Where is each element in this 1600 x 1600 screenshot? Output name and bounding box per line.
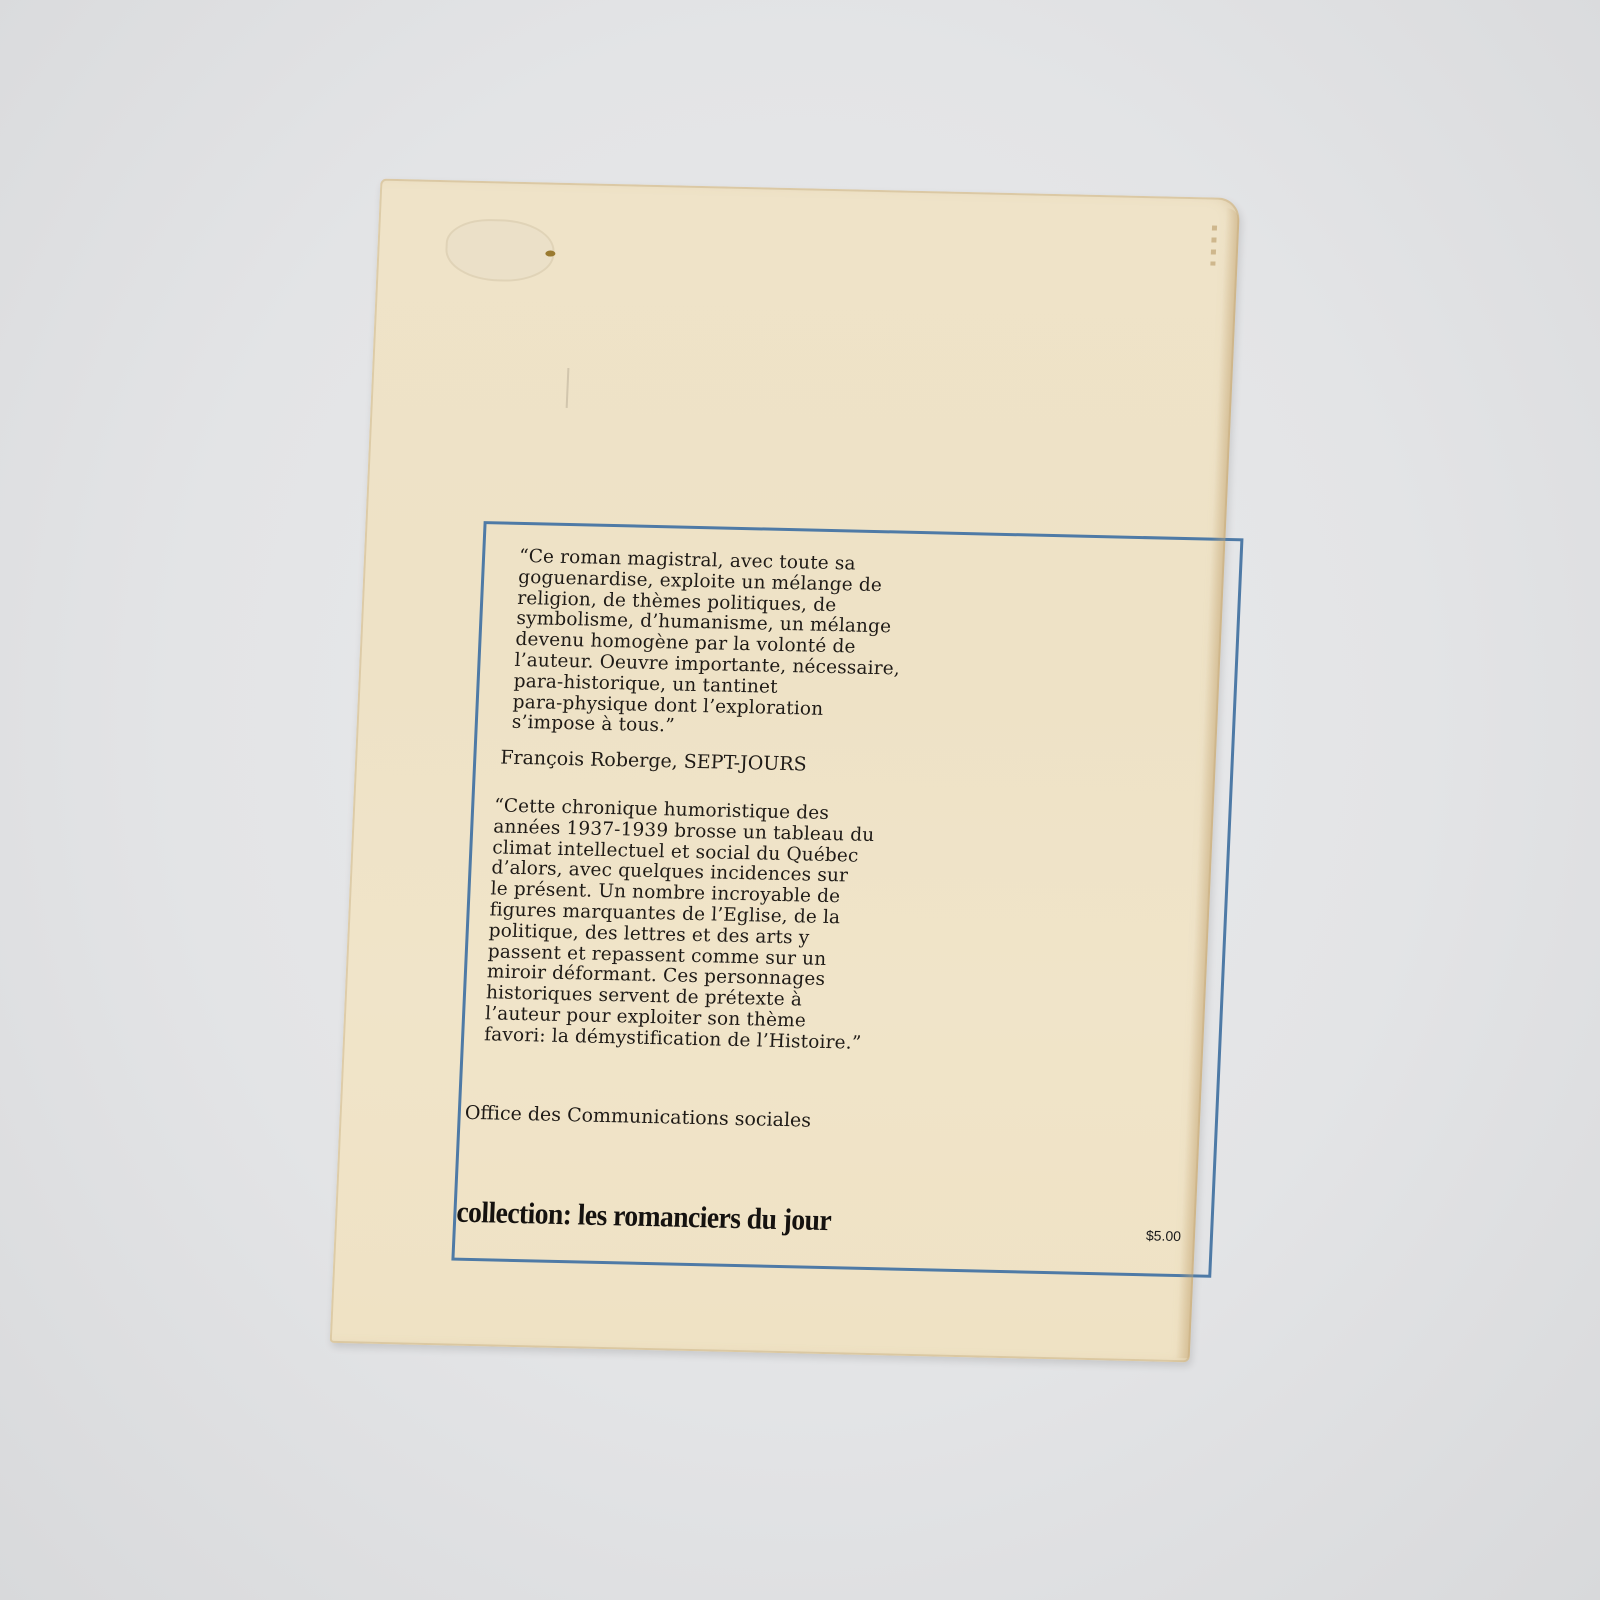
collection-title: collection: les romanciers du jour — [456, 1196, 832, 1238]
review-attribution-1: François Roberge, SEPT-JOURS — [500, 747, 807, 776]
water-stain — [444, 218, 556, 282]
price-label: $5.00 — [1146, 1227, 1182, 1244]
review-attribution-2: Office des Communications sociales — [464, 1102, 811, 1132]
faint-pencil-mark — [566, 368, 660, 410]
review-quote-1: “Ce roman magistral, avec toute sa gogue… — [511, 547, 959, 744]
review-frame: “Ce roman magistral, avec toute sa gogue… — [451, 521, 1243, 1278]
review-quote-2: “Cette chronique humoristique des années… — [484, 796, 965, 1056]
edge-wear-marks — [1210, 226, 1217, 266]
book-back-cover: “Ce roman magistral, avec toute sa gogue… — [330, 179, 1241, 1363]
